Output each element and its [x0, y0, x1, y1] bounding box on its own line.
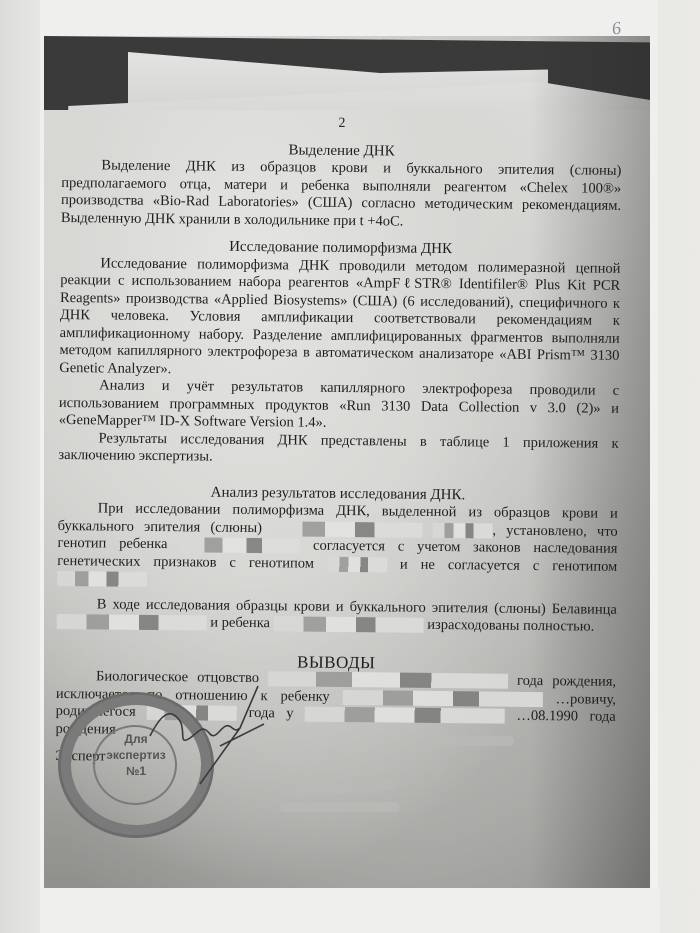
paragraph-genotype-findings: При исследовании полиморфизма ДНК, выдел… — [57, 500, 618, 593]
redaction-blur — [180, 537, 300, 553]
paragraph-results-reference: Результаты исследования ДНК представлены… — [58, 429, 618, 470]
text-fragment: и не согласуется с генотипом — [400, 556, 618, 574]
redaction-blur — [57, 571, 147, 587]
redaction-blur — [57, 614, 207, 631]
redaction-blur — [327, 556, 387, 572]
desk-surface — [658, 0, 700, 933]
redaction-blur — [274, 616, 424, 633]
redaction-blur — [305, 707, 505, 724]
redaction-blur — [343, 690, 543, 707]
text-fragment: израсходованы полностью. — [427, 617, 594, 635]
handwritten-signature — [140, 676, 270, 786]
redaction-smudge — [424, 736, 514, 746]
paragraph-electrophoresis-analysis: Анализ и учёт результатов капиллярного э… — [59, 377, 620, 435]
redaction-blur — [268, 671, 508, 689]
redaction-blur — [432, 523, 492, 539]
text-fragment: и ребенка — [210, 615, 270, 632]
redaction-blur — [272, 521, 422, 538]
paragraph-polymorphism-method: Исследование полиморфизма ДНК проводили … — [59, 254, 620, 382]
paragraph-dna-extraction: Выделение ДНК из образцов крови и буккал… — [61, 157, 622, 233]
paragraph-samples-consumed: В ходе исследования образцы крови и букк… — [57, 595, 617, 636]
paper-bottom-margin — [40, 888, 660, 933]
photocopy-area: 2 Выделение ДНК Выделение ДНК из образцо… — [44, 36, 650, 888]
document-body: 2 Выделение ДНК Выделение ДНК из образцо… — [55, 112, 622, 771]
adjacent-page-edge — [0, 0, 40, 933]
redaction-smudge — [280, 802, 400, 812]
